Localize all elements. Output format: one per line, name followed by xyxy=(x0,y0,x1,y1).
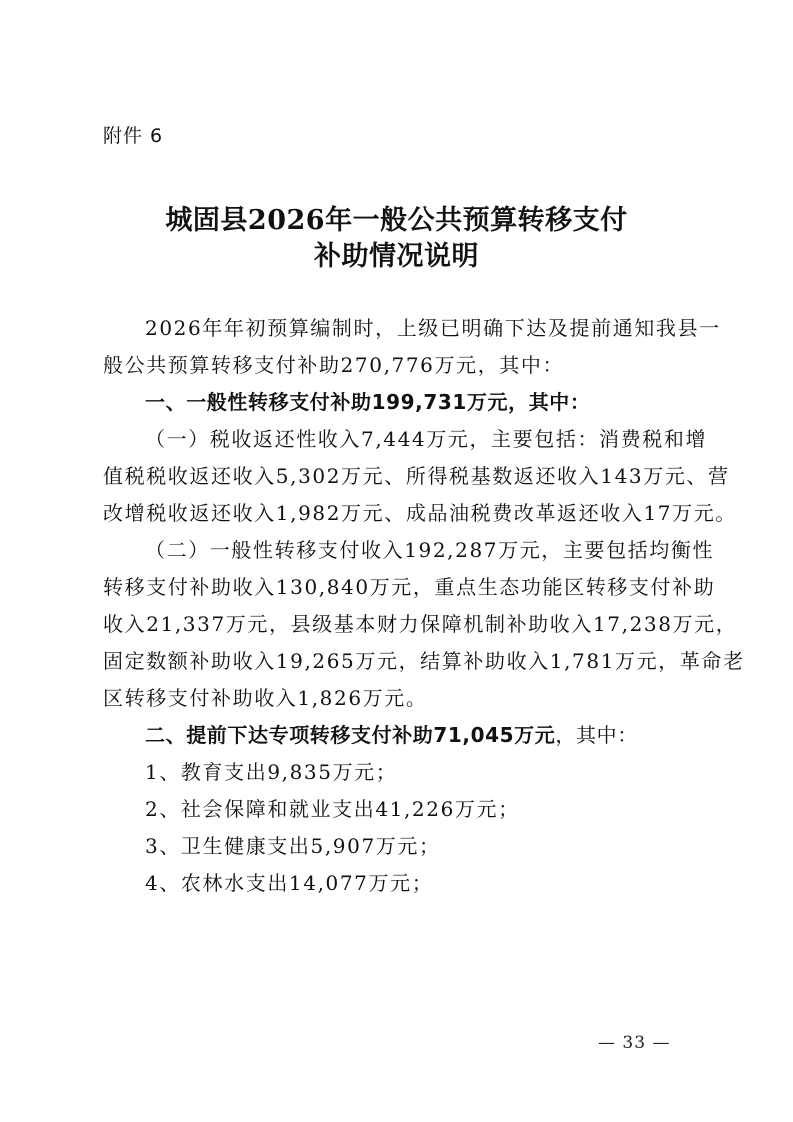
intro-line-2: 般公共预算转移支付补助270,776万元，其中： xyxy=(103,347,695,384)
section-2-item-2: 2、社会保障和就业支出41,226万元； xyxy=(103,791,695,828)
section-2-item-1: 1、教育支出9,835万元； xyxy=(103,754,695,791)
section-1-heading: 一、一般性转移支付补助199,731万元，其中： xyxy=(103,384,695,421)
page-number: — 33 — xyxy=(598,1033,670,1053)
section-2-item-4: 4、农林水支出14,077万元； xyxy=(103,865,695,902)
section-1-item-1-line-2: 值税税收返还收入5,302万元、所得税基数返还收入143万元、营 xyxy=(103,458,695,495)
section-1-item-1-line-3: 改增税收返还收入1,982万元、成品油税费改革返还收入17万元。 xyxy=(103,495,695,532)
section-1-item-2-line-4: 固定数额补助收入19,265万元，结算补助收入1,781万元，革命老 xyxy=(103,643,695,680)
section-1-heading-text: 一、一般性转移支付补助199,731万元，其中： xyxy=(145,390,591,414)
section-1-item-2-line-2: 转移支付补助收入130,840万元，重点生态功能区转移支付补助 xyxy=(103,569,695,606)
document-page: 附件 6 城固县2026年一般公共预算转移支付 补助情况说明 2026年年初预算… xyxy=(0,0,793,1122)
attachment-label: 附件 6 xyxy=(103,124,163,148)
section-1-item-1-line-1: （一）税收返还性收入7,444万元，主要包括：消费税和增 xyxy=(103,421,695,458)
document-title-line-1: 城固县2026年一般公共预算转移支付 xyxy=(0,198,793,237)
section-1-item-2-line-5: 区转移支付补助收入1,826万元。 xyxy=(103,680,695,717)
section-2-heading-suffix: ，其中： xyxy=(555,723,637,747)
section-1-item-2-line-1: （二）一般性转移支付收入192,287万元，主要包括均衡性 xyxy=(103,532,695,569)
section-2-heading: 二、提前下达专项转移支付补助71,045万元，其中： xyxy=(103,717,695,754)
document-body: 2026年年初预算编制时，上级已明确下达及提前通知我县一 般公共预算转移支付补助… xyxy=(103,310,695,902)
section-1-item-2-line-3: 收入21,337万元，县级基本财力保障机制补助收入17,238万元， xyxy=(103,606,695,643)
intro-line-1: 2026年年初预算编制时，上级已明确下达及提前通知我县一 xyxy=(103,310,695,347)
document-title-line-2: 补助情况说明 xyxy=(0,234,793,273)
section-2-heading-bold: 二、提前下达专项转移支付补助71,045万元 xyxy=(145,723,555,747)
section-2-item-3: 3、卫生健康支出5,907万元； xyxy=(103,828,695,865)
